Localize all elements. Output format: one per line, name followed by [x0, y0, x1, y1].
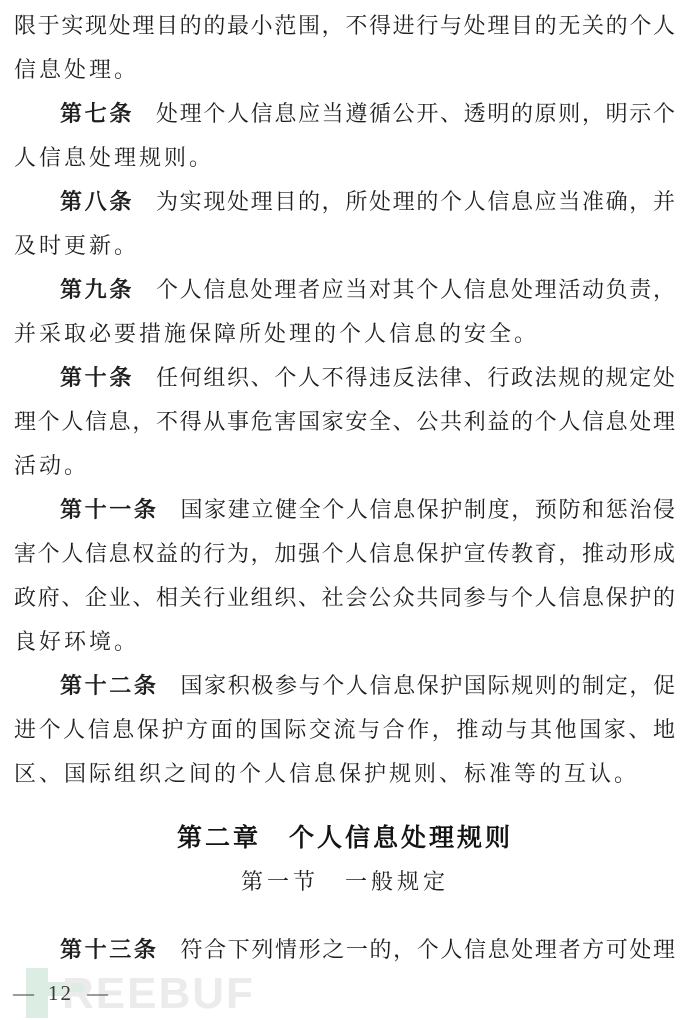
- line-text: 个人信息处理者应当对其个人信息处理活动负责，: [156, 277, 676, 302]
- line-text: 人信息处理规则。: [14, 145, 214, 170]
- body-line: 第十条任何组织、个人不得违反法律、行政法规的规定处: [14, 356, 676, 400]
- body-line: 第八条为实现处理目的，所处理的个人信息应当准确，并: [14, 180, 676, 224]
- article-number: 第十条: [60, 365, 134, 390]
- body-line: 害个人信息权益的行为，加强个人信息保护宣传教育，推动形成: [14, 532, 676, 576]
- line-text: 信息处理。: [14, 57, 139, 82]
- line-text: 并采取必要措施保障所处理的个人信息的安全。: [14, 321, 539, 346]
- body-text-block: 限于实现处理目的的最小范围，不得进行与处理目的无关的个人 信息处理。 第七条处理…: [14, 4, 676, 796]
- closing-paragraph: 第十三条符合下列情形之一的，个人信息处理者方可处理: [14, 928, 676, 972]
- body-line: 第十二条国家积极参与个人信息保护国际规则的制定，促: [14, 664, 676, 708]
- footer-right-dash: —: [87, 978, 108, 1008]
- line-text: 理个人信息，不得从事危害国家安全、公共利益的个人信息处理: [14, 409, 676, 434]
- line-text: 区、国际组织之间的个人信息保护规则、标准等的互认。: [14, 761, 639, 786]
- article-number: 第十三条: [60, 937, 159, 962]
- body-line: 限于实现处理目的的最小范围，不得进行与处理目的无关的个人: [14, 4, 676, 48]
- line-text: 处理个人信息应当遵循公开、透明的原则，明示个: [156, 101, 676, 126]
- body-line: 第九条个人信息处理者应当对其个人信息处理活动负责，: [14, 268, 676, 312]
- line-text: 国家建立健全个人信息保护制度，预防和惩治侵: [181, 497, 676, 522]
- body-line: 人信息处理规则。: [14, 136, 676, 180]
- line-text: 进个人信息保护方面的国际交流与合作，推动与其他国家、地: [14, 717, 676, 742]
- line-text: 国家积极参与个人信息保护国际规则的制定，促: [181, 673, 676, 698]
- line-text: 害个人信息权益的行为，加强个人信息保护宣传教育，推动形成: [14, 541, 676, 566]
- line-text: 及时更新。: [14, 233, 139, 258]
- article-number: 第十一条: [60, 497, 159, 522]
- body-line: 政府、企业、相关行业组织、社会公众共同参与个人信息保护的: [14, 576, 676, 620]
- page-footer: — 12 —: [13, 978, 108, 1008]
- line-text: 良好环境。: [14, 629, 139, 654]
- section-heading: 第一节 一般规定: [0, 864, 690, 900]
- article-number: 第九条: [60, 277, 134, 302]
- body-line: 信息处理。: [14, 48, 676, 92]
- body-line: 第七条处理个人信息应当遵循公开、透明的原则，明示个: [14, 92, 676, 136]
- page-number: 12: [48, 978, 73, 1008]
- line-text: 符合下列情形之一的，个人信息处理者方可处理: [181, 937, 676, 962]
- body-line: 理个人信息，不得从事危害国家安全、公共利益的个人信息处理: [14, 400, 676, 444]
- article-number: 第十二条: [60, 673, 159, 698]
- line-text: 政府、企业、相关行业组织、社会公众共同参与个人信息保护的: [14, 585, 676, 610]
- body-line: 第十一条国家建立健全个人信息保护制度，预防和惩治侵: [14, 488, 676, 532]
- line-text: 为实现处理目的，所处理的个人信息应当准确，并: [156, 189, 676, 214]
- body-line: 及时更新。: [14, 224, 676, 268]
- article-number: 第八条: [60, 189, 134, 214]
- article-number: 第七条: [60, 101, 134, 126]
- document-page: 限于实现处理目的的最小范围，不得进行与处理目的无关的个人 信息处理。 第七条处理…: [0, 0, 690, 1020]
- body-line: 并采取必要措施保障所处理的个人信息的安全。: [14, 312, 676, 356]
- body-line: 第十三条符合下列情形之一的，个人信息处理者方可处理: [14, 928, 676, 972]
- line-text: 限于实现处理目的的最小范围，不得进行与处理目的无关的个人: [14, 13, 676, 38]
- body-line: 区、国际组织之间的个人信息保护规则、标准等的互认。: [14, 752, 676, 796]
- line-text: 活动。: [14, 453, 89, 478]
- footer-left-dash: —: [13, 978, 34, 1008]
- body-line: 活动。: [14, 444, 676, 488]
- body-line: 良好环境。: [14, 620, 676, 664]
- body-line: 进个人信息保护方面的国际交流与合作，推动与其他国家、地: [14, 708, 676, 752]
- chapter-heading: 第二章 个人信息处理规则: [0, 818, 690, 858]
- line-text: 任何组织、个人不得违反法律、行政法规的规定处: [156, 365, 676, 390]
